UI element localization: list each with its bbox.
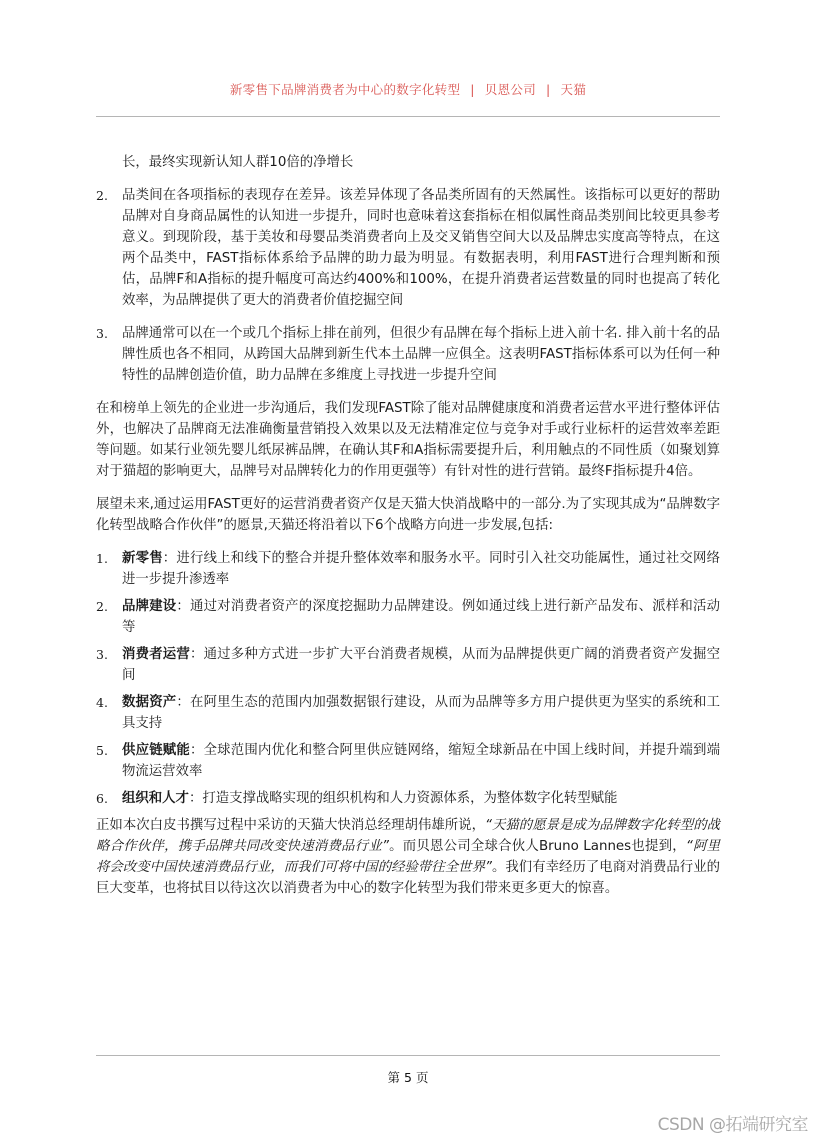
- finding-item: 2. 品类间在各项指标的表现存在差异。该差异体现了各品类所固有的天然属性。该指标…: [96, 185, 720, 311]
- header-partner: 天猫: [561, 82, 587, 97]
- closing-text: 正如本次白皮书撰写过程中采访的天猫大快消总经理胡伟雄所说，: [96, 818, 485, 833]
- closing-text: 。而贝恩公司全球合伙人Bruno Lannes也提到，: [389, 839, 686, 854]
- list-number: 1.: [96, 548, 108, 569]
- paragraph-closing: 正如本次白皮书撰写过程中采访的天猫大快消总经理胡伟雄所说，“天猫的愿景是成为品牌…: [96, 815, 720, 899]
- finding-item: 3. 品牌通常可以在一个或几个指标上排在前列，但很少有品牌在每个指标上进入前十名…: [96, 323, 720, 386]
- strategy-title: 品牌建设: [122, 599, 176, 614]
- strategy-item: 1. 新零售：进行线上和线下的整合并提升整体效率和服务水平。同时引入社交功能属性…: [96, 548, 720, 590]
- list-number: 5.: [96, 740, 108, 761]
- strategy-text: ：进行线上和线下的整合并提升整体效率和服务水平。同时引入社交功能属性，通过社交网…: [122, 551, 720, 587]
- strategy-title: 组织和人才: [122, 791, 189, 806]
- strategy-text: ：打造支撑战略实现的组织机构和人力资源体系，为整体数字化转型赋能: [189, 791, 618, 806]
- list-number: 6.: [96, 788, 108, 809]
- strategy-text: ：通过多种方式进一步扩大平台消费者规模，从而为品牌提供更广阔的消费者资产发掘空间: [122, 647, 720, 683]
- header-company: 贝恩公司: [485, 82, 536, 97]
- strategy-text: ：全球范围内优化和整合阿里供应链网络，缩短全球新品在中国上线时间，并提升端到端物…: [122, 743, 720, 779]
- running-header: 新零售下品牌消费者为中心的数字化转型|贝恩公司|天猫: [0, 80, 816, 98]
- paragraph-outlook: 展望未来,通过运用FAST更好的运营消费者资产仅是天猫大快消战略中的一部分.为了…: [96, 494, 720, 536]
- page-body: 长，最终实现新认知人群10倍的净增长 2. 品类间在各项指标的表现存在差异。该差…: [96, 152, 720, 911]
- list-number: 3.: [96, 323, 108, 344]
- strategy-item: 6. 组织和人才：打造支撑战略实现的组织机构和人力资源体系，为整体数字化转型赋能: [96, 788, 720, 809]
- strategy-text: ：在阿里生态的范围内加强数据银行建设，从而为品牌等多方用户提供更为坚实的系统和工…: [122, 695, 720, 731]
- header-divider: [96, 116, 720, 117]
- paragraph-case-study: 在和榜单上领先的企业进一步沟通后，我们发现FAST除了能对品牌健康度和消费者运营…: [96, 398, 720, 482]
- list-number: 2.: [96, 596, 108, 617]
- strategy-item: 3. 消费者运营：通过多种方式进一步扩大平台消费者规模，从而为品牌提供更广阔的消…: [96, 644, 720, 686]
- list-continuation: 长，最终实现新认知人群10倍的净增长: [96, 152, 720, 173]
- strategy-title: 新零售: [122, 551, 163, 566]
- header-title: 新零售下品牌消费者为中心的数字化转型: [230, 82, 460, 97]
- header-separator: |: [470, 82, 475, 97]
- finding-text: 品牌通常可以在一个或几个指标上排在前列，但很少有品牌在每个指标上进入前十名. 排…: [122, 326, 720, 383]
- strategy-title: 供应链赋能: [122, 743, 190, 758]
- strategy-item: 4. 数据资产：在阿里生态的范围内加强数据银行建设，从而为品牌等多方用户提供更为…: [96, 692, 720, 734]
- strategy-title: 数据资产: [122, 695, 176, 710]
- strategy-item: 2. 品牌建设：通过对消费者资产的深度挖掘助力品牌建设。例如通过线上进行新产品发…: [96, 596, 720, 638]
- watermark: CSDN @拓端研究室: [658, 1110, 808, 1135]
- footer-divider: [96, 1055, 720, 1056]
- list-number: 3.: [96, 644, 108, 665]
- list-number: 4.: [96, 692, 108, 713]
- strategy-text: ：通过对消费者资产的深度挖掘助力品牌建设。例如通过线上进行新产品发布、派样和活动…: [122, 599, 720, 635]
- header-separator: |: [546, 82, 551, 97]
- strategy-item: 5. 供应链赋能：全球范围内优化和整合阿里供应链网络，缩短全球新品在中国上线时间…: [96, 740, 720, 782]
- list-number: 2.: [96, 185, 108, 206]
- finding-text: 品类间在各项指标的表现存在差异。该差异体现了各品类所固有的天然属性。该指标可以更…: [122, 188, 720, 308]
- strategy-title: 消费者运营: [122, 647, 190, 662]
- page-number: 第 5 页: [0, 1068, 816, 1086]
